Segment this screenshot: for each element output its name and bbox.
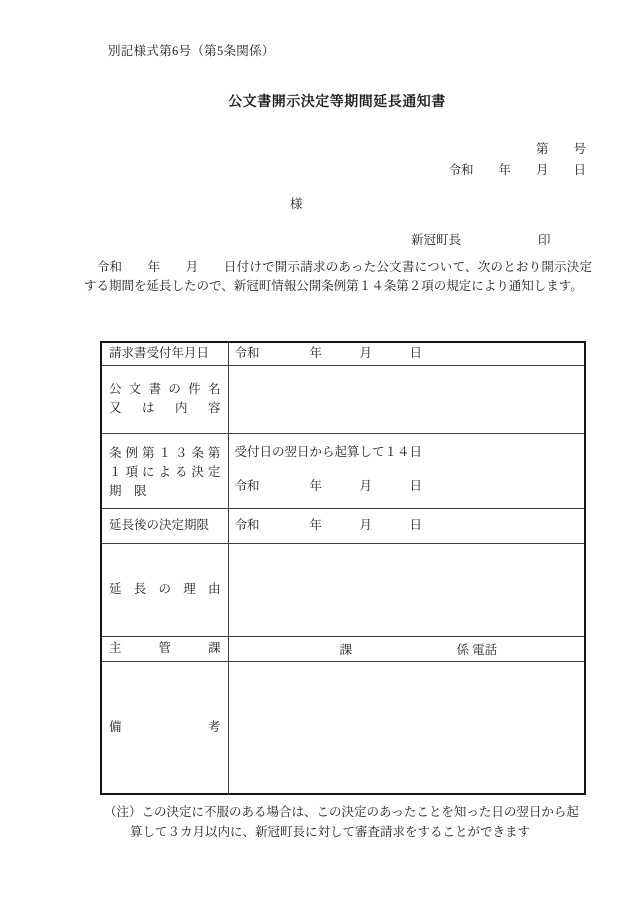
row-receipt-date: 請求書受付年月日 令和 年 月 日 <box>101 342 585 365</box>
form-number: 別記様式第6号（第5条関係） <box>108 41 275 59</box>
doc-number-date-block: 第 号 令和 年 月 日 <box>448 139 586 181</box>
value-section-ka: 課 <box>340 640 353 658</box>
label-cell-extension-reason: 延長の理由 <box>101 543 228 636</box>
label-cell-statutory-deadline: 条例第１３条第 １項による決定 期 限 <box>101 433 228 508</box>
label-cell-receipt-date: 請求書受付年月日 <box>101 342 228 365</box>
row-extended-deadline: 延長後の決定期限 令和 年 月 日 <box>101 508 585 543</box>
footnote-line-1: （注）この決定に不服のある場合は、この決定のあったことを知った日の翌日から起 <box>104 803 579 823</box>
footnote: （注）この決定に不服のある場合は、この決定のあったことを知った日の翌日から起 算… <box>104 803 579 842</box>
form-table: 請求書受付年月日 令和 年 月 日 公文書の件名 又は内容 条例第１３条第 １項… <box>100 341 586 795</box>
value-cell-managing-section: 課 係 電話 <box>228 636 585 661</box>
body-paragraph: 令和 年 月 日付けで開示請求のあった公文書について、次のとおり開示決定する期間… <box>84 258 592 297</box>
label-cell-extended-deadline: 延長後の決定期限 <box>101 508 228 543</box>
row-extension-reason: 延長の理由 <box>101 543 585 636</box>
label-statutory-deadline-line3: 期 限 <box>109 482 221 501</box>
label-cell-doc-name: 公文書の件名 又は内容 <box>101 365 228 433</box>
row-managing-section: 主管課 課 係 電話 <box>101 636 585 661</box>
label-cell-managing-section: 主管課 <box>101 636 228 661</box>
value-section-kakari-phone: 係 電話 <box>457 640 498 658</box>
value-extended-deadline: 令和 年 月 日 <box>235 517 585 534</box>
label-cell-remarks: 備考 <box>101 661 228 794</box>
value-cell-extension-reason <box>228 543 585 636</box>
label-statutory-deadline-line1: 条例第１３条第 <box>109 444 221 463</box>
row-statutory-deadline: 条例第１３条第 １項による決定 期 限 受付日の翌日から起算して１４日 令和 年… <box>101 433 585 508</box>
label-extension-reason: 延長の理由 <box>109 580 221 599</box>
label-managing-section: 主管課 <box>109 639 221 658</box>
value-cell-extended-deadline: 令和 年 月 日 <box>228 508 585 543</box>
seal-mark: 印 <box>538 230 551 248</box>
value-cell-statutory-deadline: 受付日の翌日から起算して１４日 令和 年 月 日 <box>228 433 585 508</box>
label-doc-name-line1: 公文書の件名 <box>109 380 221 399</box>
value-cell-remarks <box>228 661 585 794</box>
value-cell-receipt-date: 令和 年 月 日 <box>228 342 585 365</box>
row-doc-name: 公文書の件名 又は内容 <box>101 365 585 433</box>
footnote-line-2: 算して３カ月以内に、新冠町長に対して審査請求をすることができます <box>104 823 579 843</box>
page-title: 公文書開示決定等期間延長通知書 <box>84 91 590 111</box>
value-cell-doc-name <box>228 365 585 433</box>
label-extended-deadline: 延長後の決定期限 <box>109 516 221 535</box>
label-statutory-deadline-line2: １項による決定 <box>109 463 221 482</box>
issuer-line: 新冠町長 印 <box>0 230 630 246</box>
issuer-title: 新冠町長 <box>411 230 461 248</box>
label-receipt-date: 請求書受付年月日 <box>109 344 221 363</box>
issue-date-line: 令和 年 月 日 <box>448 160 586 181</box>
addressee-sama: 様 <box>290 194 303 212</box>
row-remarks: 備考 <box>101 661 585 794</box>
value-statutory-deadline-line2: 令和 年 月 日 <box>235 478 585 495</box>
label-doc-name-line2: 又は内容 <box>109 399 221 418</box>
label-remarks: 備考 <box>109 718 221 737</box>
document-page: 別記様式第6号（第5条関係） 公文書開示決定等期間延長通知書 第 号 令和 年 … <box>0 0 630 903</box>
value-receipt-date: 令和 年 月 日 <box>235 345 585 362</box>
value-statutory-deadline-line1: 受付日の翌日から起算して１４日 <box>235 444 585 461</box>
doc-number-line: 第 号 <box>448 139 586 160</box>
